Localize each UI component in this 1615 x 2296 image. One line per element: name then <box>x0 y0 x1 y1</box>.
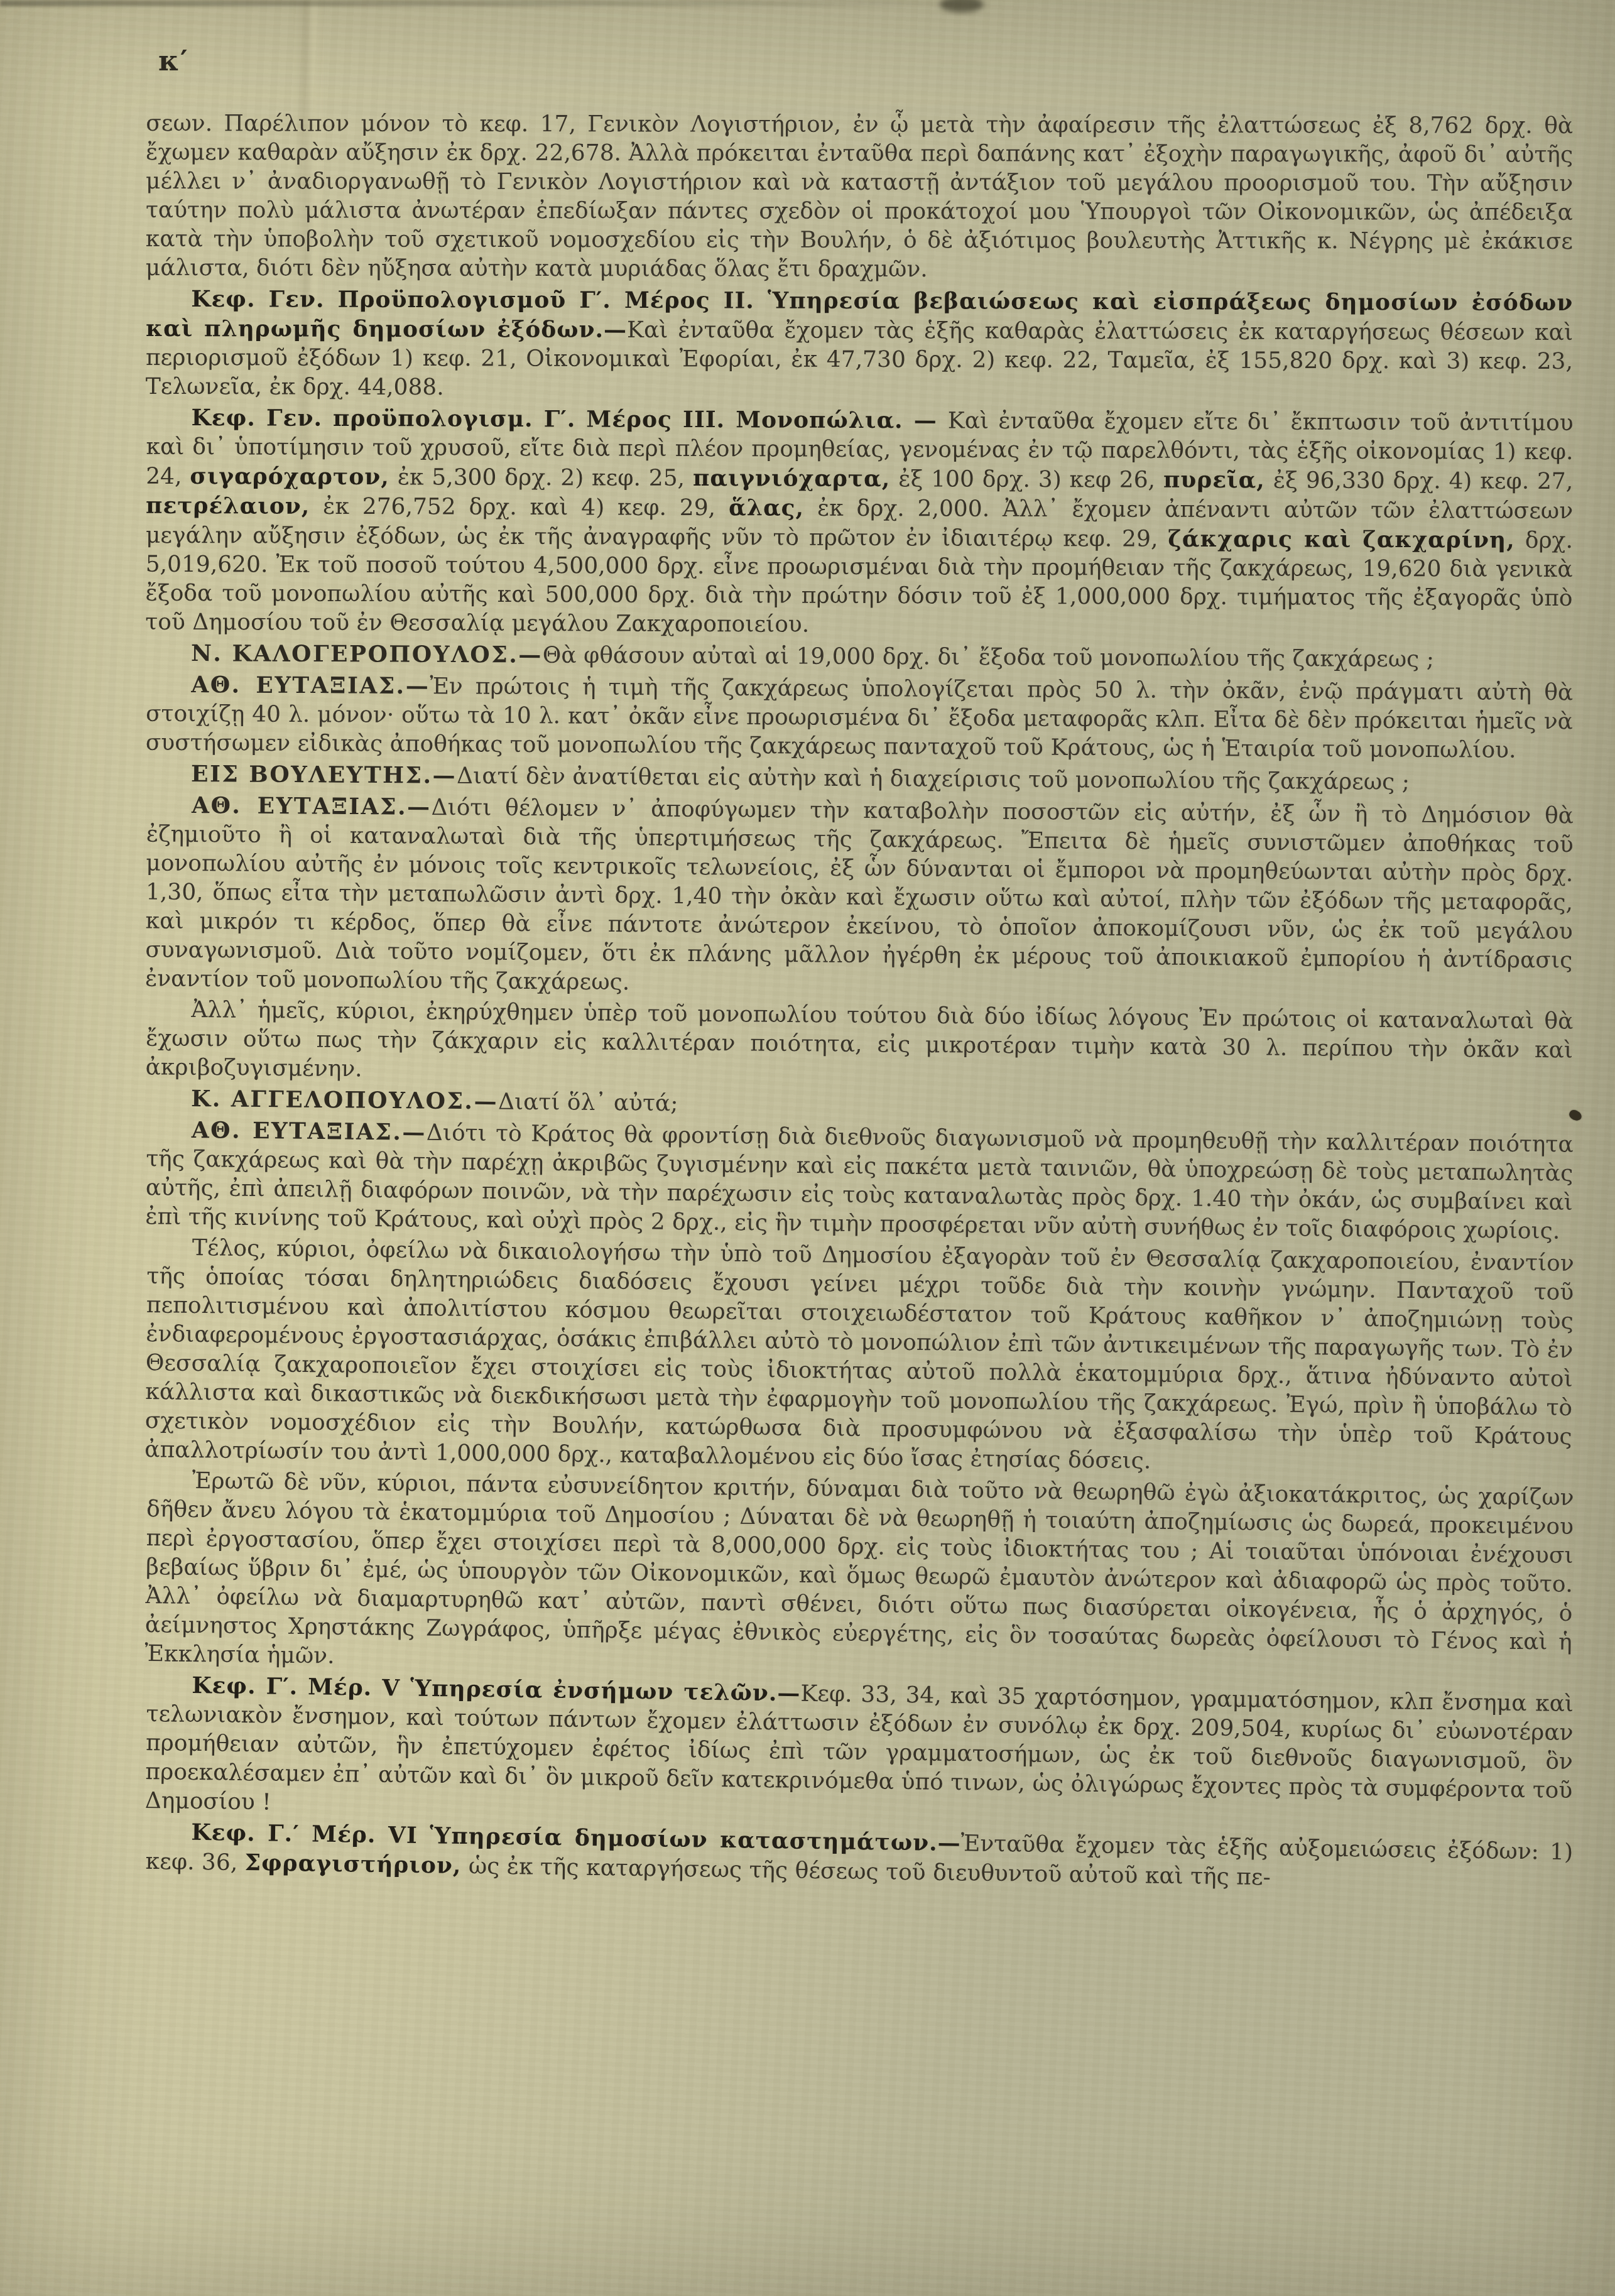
speech-paragraph: ΑΘ. ΕΥΤΑΞΙΑΣ.—Διότι τὸ Κράτος θὰ φροντίσ… <box>145 1115 1574 1246</box>
text-segment: Ἀλλ᾽ ἡμεῖς, κύριοι, ἐκηρύχθημεν ὑπὲρ τοῦ… <box>145 997 1573 1082</box>
section-paragraph: Κεφ. Γ′. Μέρ. V Ὑπηρεσία ἐνσήμων τελῶν.—… <box>145 1670 1574 1834</box>
text-segment: ἐκ 276,752 δρχ. καὶ 4) κεφ. 29, <box>310 494 729 521</box>
text-segment: Διατί ὅλ᾽ αὐτά; <box>498 1089 678 1117</box>
speaker-name: Κ. ΑΓΓΕΛΟΠΟΥΛΟΣ.— <box>191 1085 498 1115</box>
scan-top-edge-shadow <box>0 0 1005 6</box>
page-number: κ′ <box>158 45 189 77</box>
section-heading-lead: παιγνιόχαρτα, <box>693 465 891 492</box>
speaker-name: ΑΘ. ΕΥΤΑΞΙΑΣ.— <box>192 792 432 820</box>
body-paragraph: Ἐρωτῶ δὲ νῦν, κύριοι, πάντα εὐσυνείδητον… <box>144 1466 1574 1686</box>
scan-edge-smudge <box>940 0 984 13</box>
scanned-page: κ′ σεων. Παρέλιπον μόνον τὸ κεφ. 17, Γεν… <box>0 0 1615 2296</box>
body-paragraph: Ἀλλ᾽ ἡμεῖς, κύριοι, ἐκηρύχθημεν ὑπὲρ τοῦ… <box>145 995 1573 1094</box>
text-segment: Τέλος, κύριοι, ὀφείλω νὰ δικαιολογήσω τὴ… <box>144 1235 1574 1474</box>
text-block: σεων. Παρέλιπον μόνον τὸ κεφ. 17, Γενικὸ… <box>146 111 1573 1889</box>
section-heading-lead: σιγαρόχαρτον, <box>190 463 389 490</box>
speech-paragraph: ΑΘ. ΕΥΤΑΞΙΑΣ.—Ἐν πρώτοις ἡ τιμὴ τῆς ζακχ… <box>146 670 1574 766</box>
text-segment: Κεφ. 33, 34, καὶ 35 χαρτόσημον, γραμματό… <box>145 1681 1574 1815</box>
speaker-name: Ν. ΚΑΛΟΓΕΡΟΠΟΥΛΟΣ.— <box>191 640 543 668</box>
section-heading-lead: ζάκχαρις καὶ ζακχαρίνη, <box>1168 526 1515 553</box>
section-paragraph: Κεφ. Γεν. Προϋπολογισμοῦ Γ′. Μέρος ΙΙ. Ὑ… <box>146 285 1573 405</box>
speech-paragraph: ΑΘ. ΕΥΤΑΞΙΑΣ.—Διότι θέλομεν ν᾽ ἀποφύγωμε… <box>145 790 1574 1004</box>
text-segment: Θὰ φθάσουν αὐταὶ αἱ 19,000 δρχ. δι᾽ ἔξοδ… <box>543 643 1434 673</box>
section-paragraph: Κεφ. Γεν. προϋπολογισμ. Γ′. Μέρος ΙΙΙ. Μ… <box>145 403 1573 642</box>
section-heading-lead: Σφραγιστήριον, <box>244 1849 461 1879</box>
speech-paragraph: Ν. ΚΑΛΟΓΕΡΟΠΟΥΛΟΣ.—Θὰ φθάσουν αὐταὶ αἱ 1… <box>146 639 1573 675</box>
text-segment: ἐξ 100 δρχ. 3) κεφ 26, <box>890 466 1163 493</box>
body-paragraph: Τέλος, κύριοι, ὀφείλω νὰ δικαιολογήσω τὴ… <box>144 1233 1574 1481</box>
speaker-name: ΕΙΣ ΒΟΥΛΕΥΤΗΣ.— <box>191 761 457 789</box>
section-heading-lead: πυρεῖα, <box>1163 467 1265 494</box>
section-heading-lead: Κεφ. Γ′. Μέρ. V Ὑπηρεσία ἐνσήμων τελῶν.— <box>192 1672 801 1707</box>
body-paragraph: σεων. Παρέλιπον μόνον τὸ κεφ. 17, Γενικὸ… <box>146 109 1573 285</box>
speaker-name: ΑΘ. ΕΥΤΑΞΙΑΣ.— <box>191 672 430 699</box>
section-heading-lead: Κεφ. Γεν. προϋπολογισμ. Γ′. Μέρος ΙΙΙ. Μ… <box>192 405 948 433</box>
section-heading-lead: πετρέλαιον, <box>146 492 310 520</box>
text-segment: Διατί δὲν ἀνατίθεται εἰς αὐτὴν καὶ ἡ δια… <box>457 763 1410 795</box>
text-segment: ἐξ 96,330 δρχ. 4) κεφ. 27, <box>1265 467 1574 494</box>
text-segment: ἐκ 5,300 δρχ. 2) κεφ. 25, <box>389 464 693 491</box>
text-segment: σεων. Παρέλιπον μόνον τὸ κεφ. 17, Γενικὸ… <box>146 111 1573 282</box>
text-segment: Διότι θέλομεν ν᾽ ἀποφύγωμεν τὴν καταβολὴ… <box>145 795 1574 995</box>
text-segment: Ἐρωτῶ δὲ νῦν, κύριοι, πάντα εὐσυνείδητον… <box>144 1468 1574 1669</box>
speaker-name: ΑΘ. ΕΥΤΑΞΙΑΣ.— <box>192 1117 427 1146</box>
section-heading-lead: ἅλας, <box>729 494 804 521</box>
